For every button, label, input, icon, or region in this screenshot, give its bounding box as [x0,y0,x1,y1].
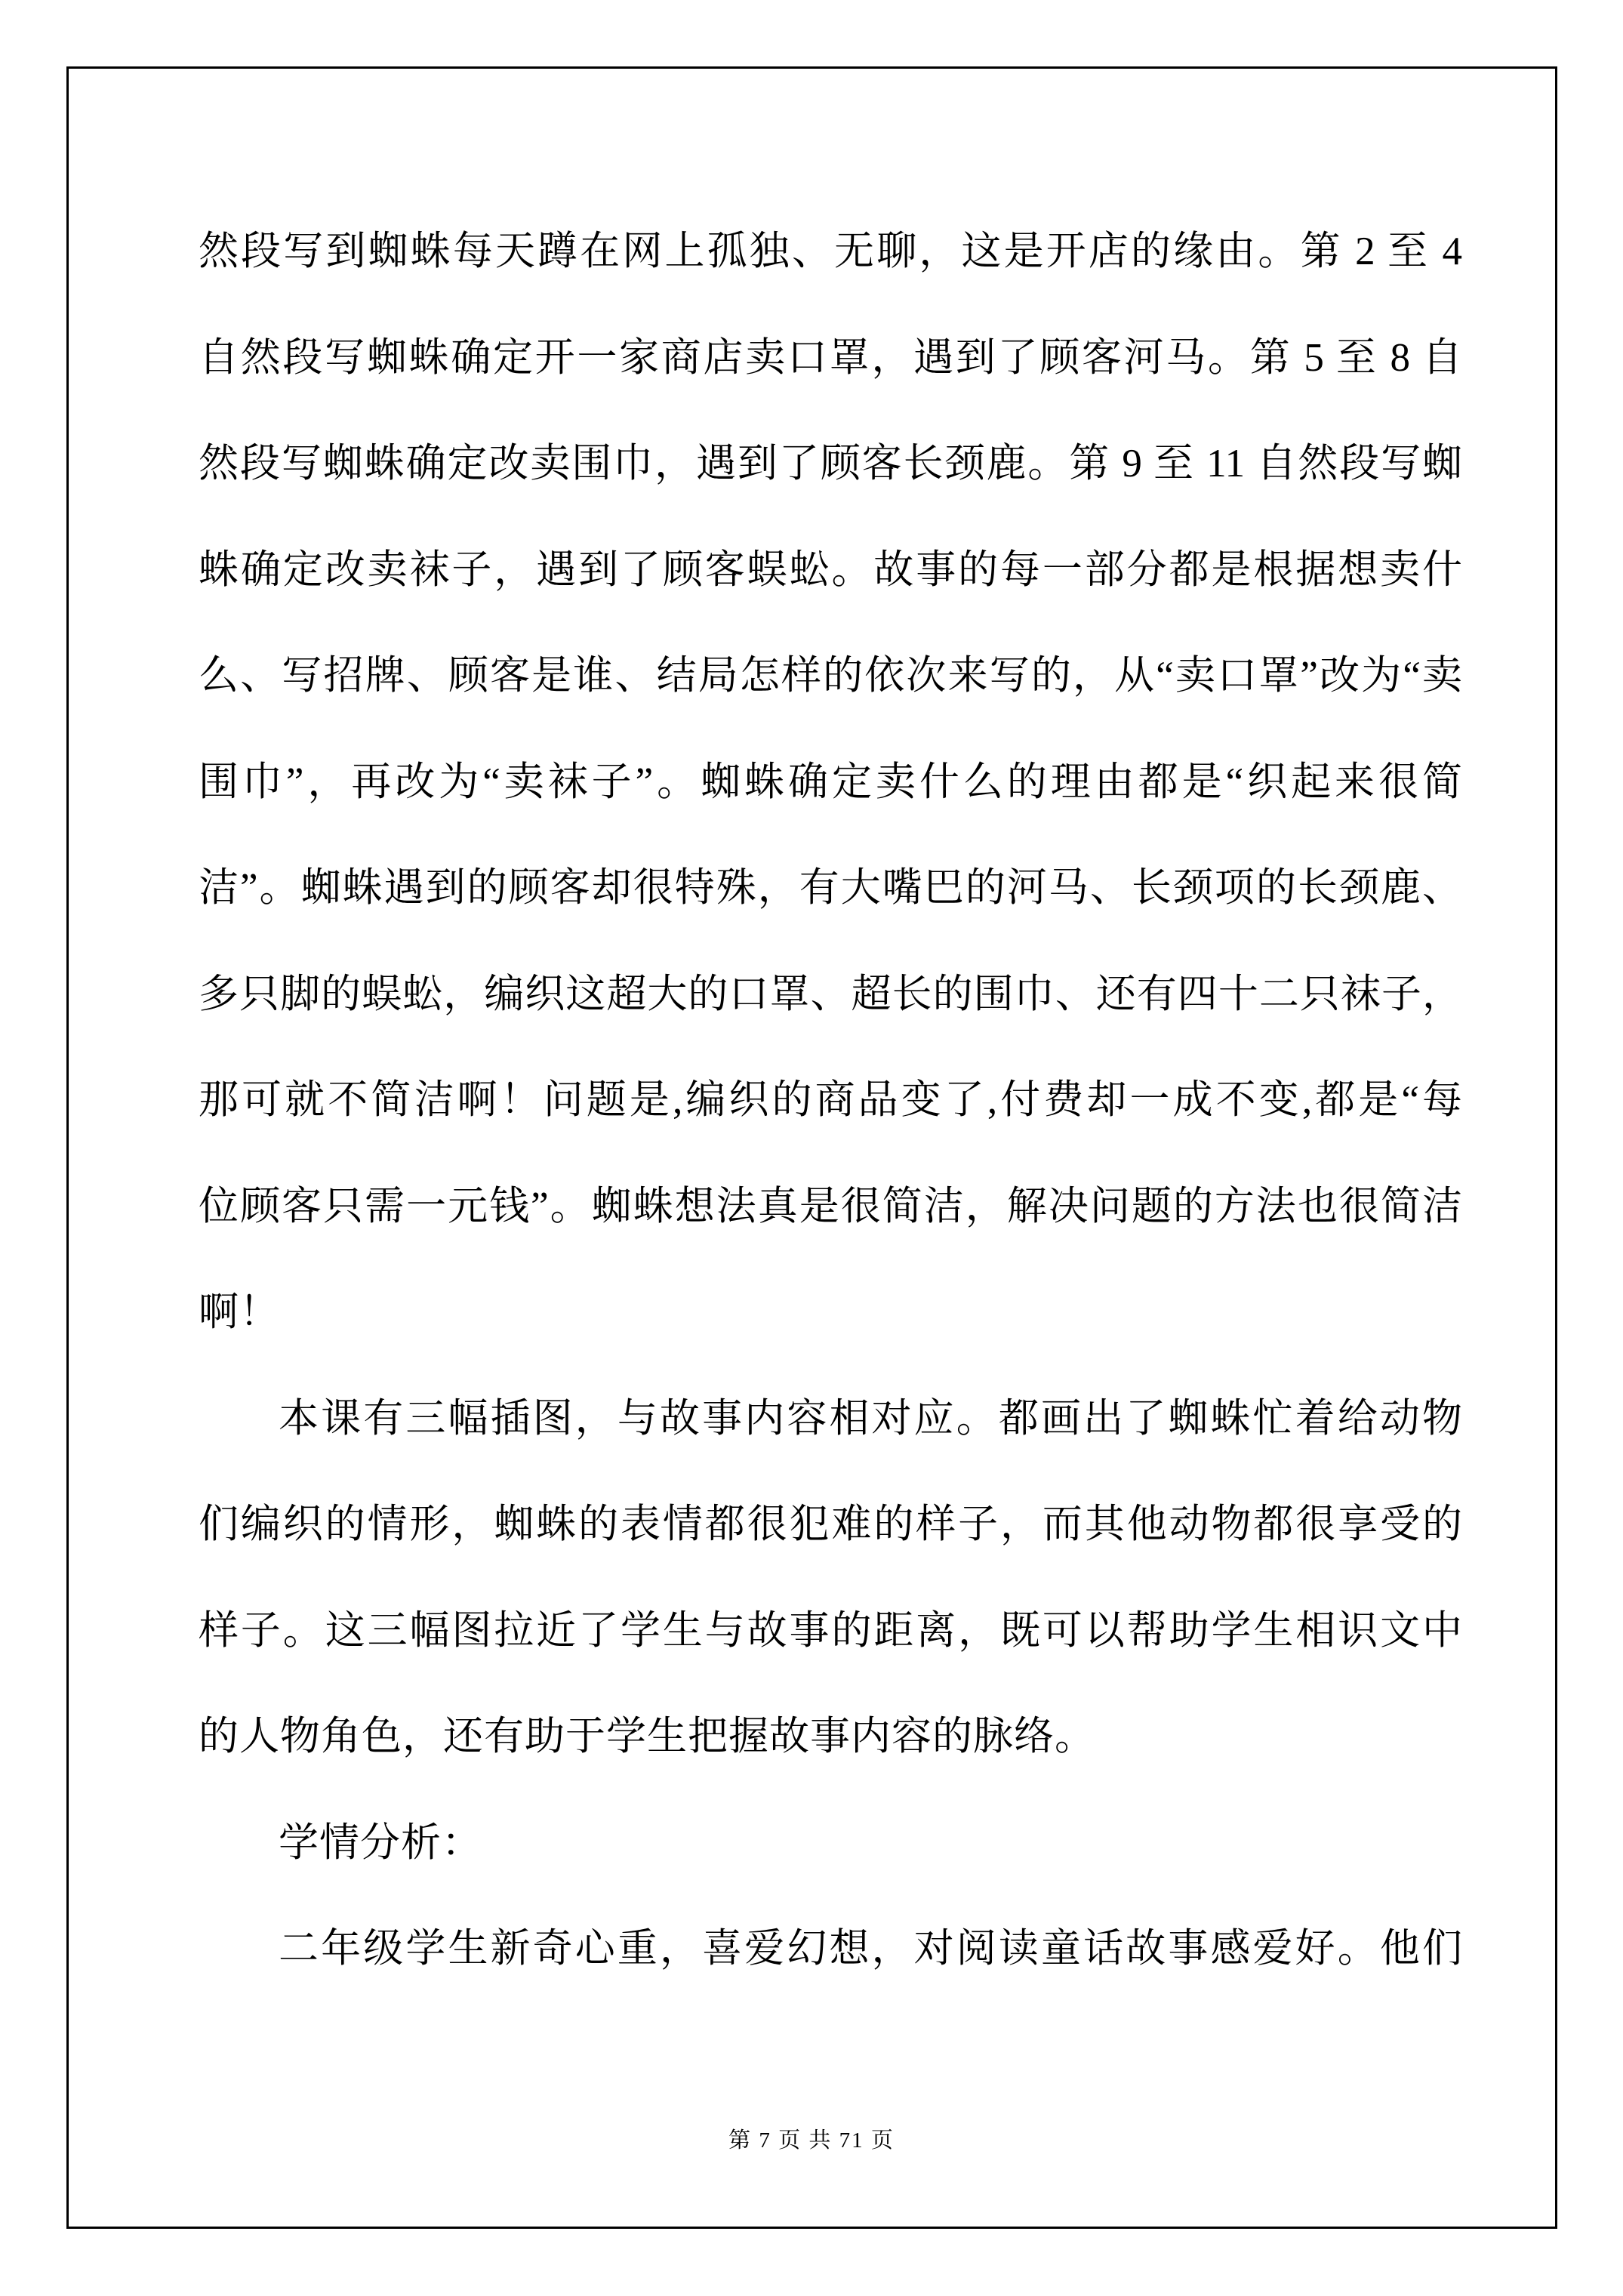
text-line-7: 洁”。蜘蛛遇到的顾客却很特殊，有大嘴巴的河马、长颈项的长颈鹿、 [199,835,1462,942]
text-line-6: 围巾”，再改为“卖袜子”。蜘蛛确定卖什么的理由都是“织起来很简 [199,729,1462,836]
text-line-9: 那可就不简洁啊！问题是,编织的商品变了,付费却一成不变,都是“每 [199,1047,1462,1154]
text-line-14: 样子。这三幅图拉近了学生与故事的距离，既可以帮助学生相识文中 [199,1578,1462,1684]
text-line-8: 多只脚的蜈蚣，编织这超大的口罩、超长的围巾、还有四十二只袜子， [199,942,1462,1048]
text-line-2: 自然段写蜘蛛确定开一家商店卖口罩，遇到了顾客河马。第 5 至 8 自 [199,305,1462,411]
text-line-13: 们编织的情形，蜘蛛的表情都很犯难的样子，而其他动物都很享受的 [199,1472,1462,1578]
text-line-12: 本课有三幅插图，与故事内容相对应。都画出了蜘蛛忙着给动物 [199,1366,1462,1472]
page-footer: 第 7 页 共 71 页 [0,2123,1623,2154]
text-line-4: 蛛确定改卖袜子，遇到了顾客蜈蚣。故事的每一部分都是根据想卖什 [199,517,1462,624]
page-number: 第 7 页 共 71 页 [728,2128,895,2153]
text-line-17: 二年级学生新奇心重，喜爱幻想，对阅读童话故事感爱好。他们 [199,1896,1462,2002]
text-line-15: 的人物角色，还有助于学生把握故事内容的脉络。 [199,1684,1462,1790]
text-line-1: 然段写到蜘蛛每天蹲在网上孤独、无聊，这是开店的缘由。第 2 至 4 [199,199,1462,305]
text-body: 然段写到蜘蛛每天蹲在网上孤独、无聊，这是开店的缘由。第 2 至 4 自然段写蜘蛛… [199,199,1462,2002]
text-line-3: 然段写蜘蛛确定改卖围巾，遇到了顾客长颈鹿。第 9 至 11 自然段写蜘 [199,411,1462,517]
text-line-5: 么、写招牌、顾客是谁、结局怎样的依次来写的，从“卖口罩”改为“卖 [199,623,1462,729]
text-line-11: 啊！ [199,1259,1462,1366]
text-line-10: 位顾客只需一元钱”。蜘蛛想法真是很简洁，解决问题的方法也很简洁 [199,1154,1462,1260]
text-line-16: 学情分析： [199,1790,1462,1897]
document-page: 然段写到蜘蛛每天蹲在网上孤独、无聊，这是开店的缘由。第 2 至 4 自然段写蜘蛛… [0,0,1623,2296]
